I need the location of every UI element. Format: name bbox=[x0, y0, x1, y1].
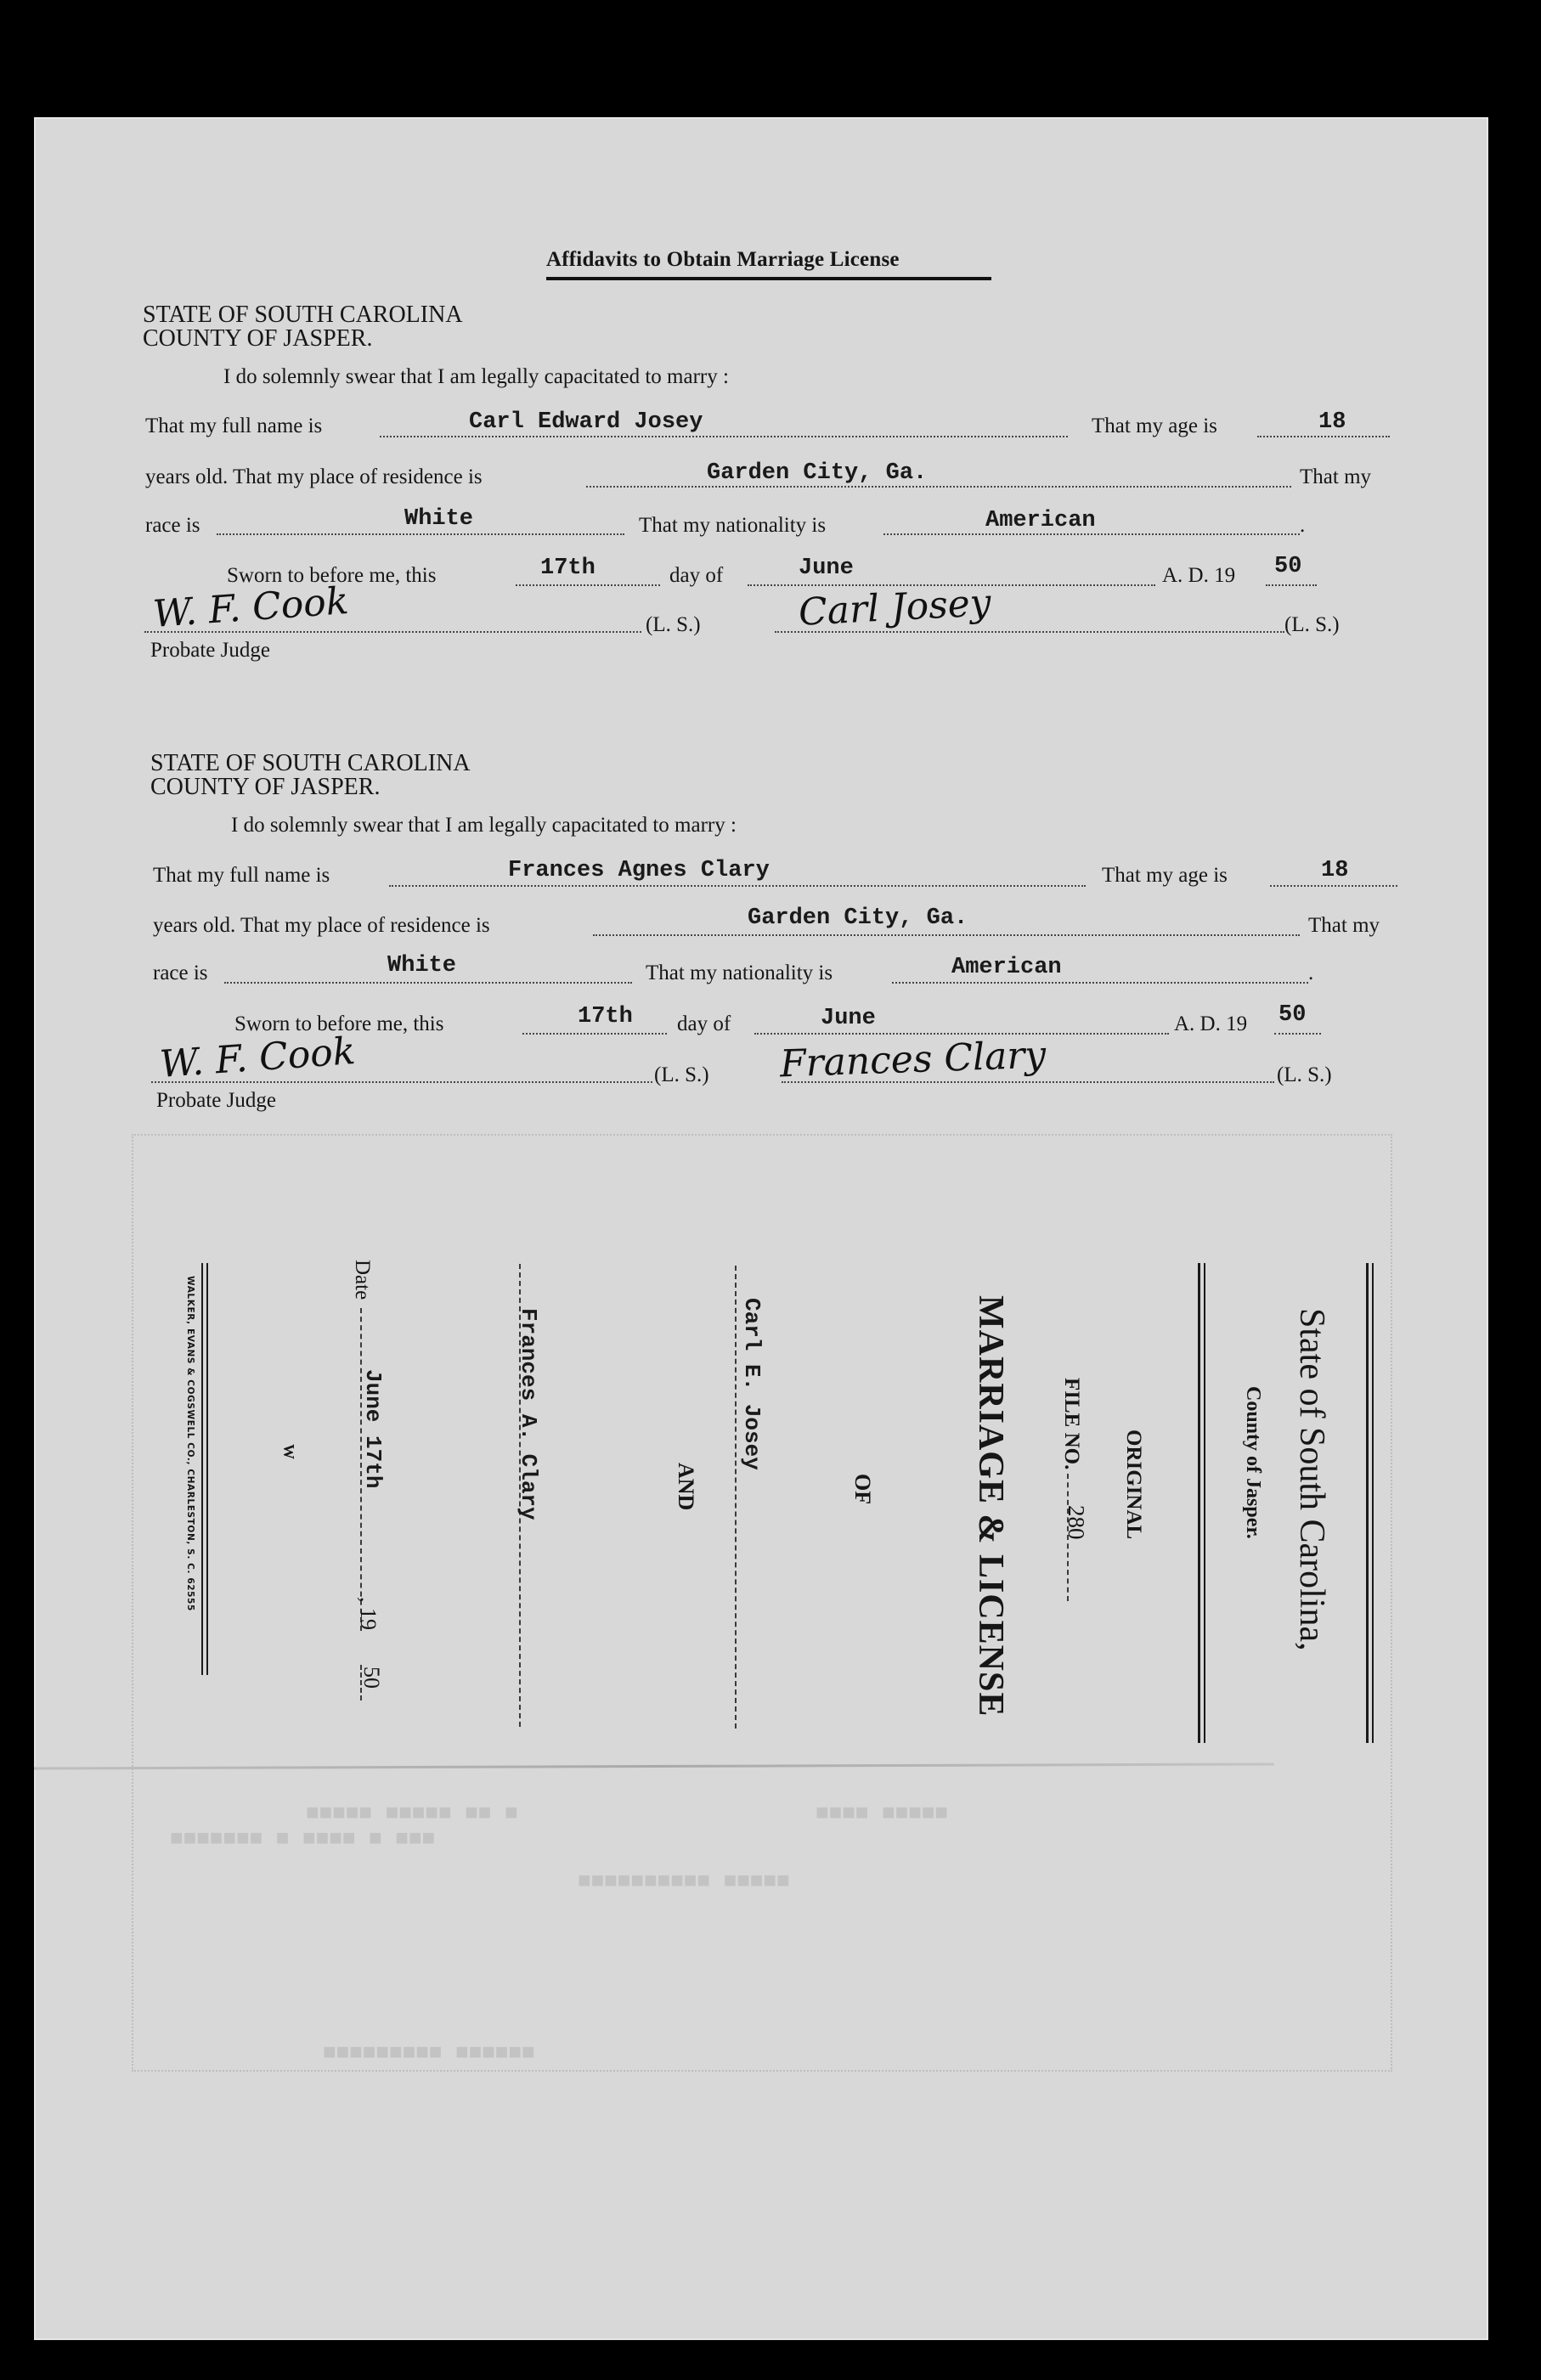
race-value: White bbox=[387, 953, 456, 979]
double-rule bbox=[206, 1263, 208, 1675]
double-rule bbox=[1372, 1263, 1374, 1743]
date-value: June 17th bbox=[360, 1369, 386, 1488]
sworn-day-value: 17th bbox=[578, 1004, 633, 1029]
double-rule bbox=[201, 1263, 203, 1675]
full-name-label: That my full name is bbox=[153, 864, 330, 888]
date-label: Date bbox=[350, 1260, 374, 1300]
nationality-value: American bbox=[951, 955, 1062, 980]
full-name-label: That my full name is bbox=[145, 415, 322, 438]
period: . bbox=[1308, 962, 1313, 985]
title-underline bbox=[546, 277, 991, 280]
full-name-line bbox=[389, 885, 1086, 887]
ls-label-2: (L. S.) bbox=[1277, 1063, 1332, 1087]
printer-imprint: WALKER, EVANS & COGSWELL CO., CHARLESTON… bbox=[185, 1276, 195, 1611]
age-line bbox=[1270, 885, 1397, 887]
double-rule bbox=[1198, 1263, 1200, 1743]
years-residence-label: years old. That my place of residence is bbox=[153, 914, 490, 938]
date-year-prefix: , 19 bbox=[355, 1597, 381, 1630]
double-rule bbox=[1366, 1263, 1369, 1743]
county-heading: COUNTY OF JASPER. bbox=[143, 326, 372, 352]
file-no-label: FILE NO. bbox=[1059, 1378, 1083, 1469]
judge-title: Probate Judge bbox=[150, 639, 270, 663]
race-line bbox=[224, 982, 632, 984]
nationality-line bbox=[892, 982, 1308, 984]
groom-line bbox=[735, 1266, 737, 1729]
full-name-value: Carl Edward Josey bbox=[469, 409, 703, 435]
sworn-month-value: June bbox=[821, 1006, 876, 1031]
day-of-label: day of bbox=[669, 564, 723, 588]
that-my-label: That my bbox=[1300, 465, 1371, 489]
ls-label-2: (L. S.) bbox=[1284, 613, 1340, 637]
day-of-label: day of bbox=[677, 1012, 731, 1036]
date-year-value: 50 bbox=[358, 1667, 384, 1689]
sworn-year-line bbox=[1274, 1033, 1321, 1035]
license-of: OF bbox=[850, 1474, 875, 1504]
full-name-line bbox=[380, 436, 1068, 437]
state-heading: STATE OF SOUTH CAROLINA bbox=[150, 751, 471, 776]
license-state: State of South Carolina, bbox=[1291, 1308, 1332, 1651]
document-title: Affidavits to Obtain Marriage License bbox=[546, 248, 900, 272]
race-line bbox=[217, 533, 624, 535]
residence-value: Garden City, Ga. bbox=[748, 905, 968, 931]
sworn-day-line bbox=[516, 584, 660, 586]
nationality-value: American bbox=[985, 508, 1096, 533]
residence-line bbox=[593, 934, 1300, 936]
applicant-signature: Frances Clary bbox=[779, 1034, 1047, 1086]
license-bride: Frances A. Clary bbox=[516, 1308, 541, 1520]
double-rule bbox=[1204, 1263, 1205, 1743]
race-label: race is bbox=[145, 514, 200, 538]
applicant-signature-line bbox=[775, 631, 1284, 633]
sworn-year-value: 50 bbox=[1279, 1002, 1306, 1028]
judge-signature-line bbox=[144, 631, 641, 633]
years-residence-label: years old. That my place of residence is bbox=[145, 465, 483, 489]
nationality-label: That my nationality is bbox=[646, 962, 833, 985]
county-heading: COUNTY OF JASPER. bbox=[150, 775, 380, 800]
nationality-label: That my nationality is bbox=[639, 514, 826, 538]
license-groom: Carl E. Josey bbox=[739, 1298, 765, 1470]
sworn-day-line bbox=[522, 1033, 667, 1035]
judge-title: Probate Judge bbox=[156, 1089, 276, 1113]
ls-label-1: (L. S.) bbox=[646, 613, 701, 637]
sworn-year-line bbox=[1266, 584, 1317, 586]
judge-signature-line bbox=[151, 1081, 652, 1083]
age-line bbox=[1257, 436, 1390, 437]
nationality-line bbox=[883, 533, 1300, 535]
oath-text: I do solemnly swear that I am legally ca… bbox=[231, 814, 737, 838]
period: . bbox=[1300, 514, 1305, 538]
race-value: White bbox=[404, 506, 473, 532]
race-label: race is bbox=[153, 962, 208, 985]
age-value: 18 bbox=[1318, 409, 1346, 435]
license-county: County of Jasper. bbox=[1241, 1386, 1264, 1539]
file-no-line bbox=[1067, 1474, 1069, 1601]
age-label: That my age is bbox=[1092, 415, 1217, 438]
that-my-label: That my bbox=[1308, 914, 1380, 938]
residence-line bbox=[586, 486, 1291, 488]
ls-label-1: (L. S.) bbox=[654, 1063, 709, 1087]
sworn-year-value: 50 bbox=[1274, 554, 1301, 579]
sworn-day-value: 17th bbox=[540, 556, 596, 581]
state-heading: STATE OF SOUTH CAROLINA bbox=[143, 302, 463, 328]
license-and: AND bbox=[673, 1463, 698, 1510]
full-name-value: Frances Agnes Clary bbox=[508, 858, 770, 883]
license-original: ORIGINAL bbox=[1121, 1430, 1145, 1539]
age-value: 18 bbox=[1321, 858, 1348, 883]
license-mark: W bbox=[279, 1444, 297, 1459]
sworn-month-line bbox=[754, 1033, 1169, 1035]
ad-label: A. D. 19 bbox=[1162, 564, 1235, 588]
license-heading: MARRIAGE & LICENSE bbox=[970, 1295, 1011, 1717]
applicant-signature-line bbox=[782, 1081, 1274, 1083]
sworn-month-value: June bbox=[799, 556, 854, 581]
oath-text: I do solemnly swear that I am legally ca… bbox=[223, 365, 729, 389]
residence-value: Garden City, Ga. bbox=[707, 460, 927, 486]
ad-label: A. D. 19 bbox=[1174, 1012, 1247, 1036]
age-label: That my age is bbox=[1102, 864, 1228, 888]
